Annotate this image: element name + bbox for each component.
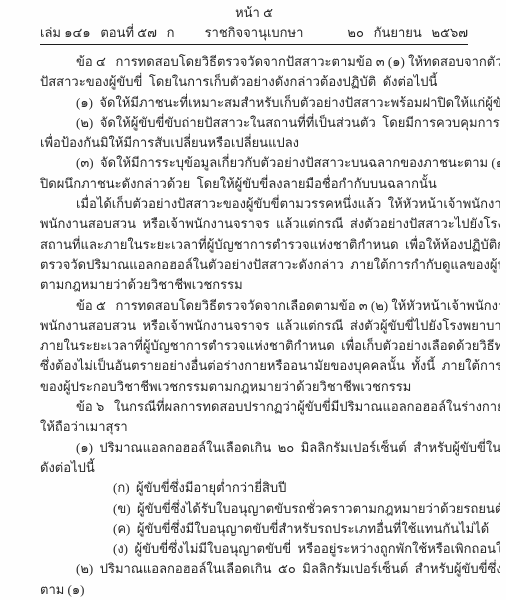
body-line: พนักงานสอบสวน หรือเจ้าพนักงานจราจร แล้วแ… bbox=[40, 214, 500, 234]
body-line: (ข) ผู้ขับขี่ซึ่งได้รับใบอนุญาตขับรถชั่ว… bbox=[40, 499, 500, 519]
body-line: (๑) จัดให้มีภาชนะที่เหมาะสมสำหรับเก็บตัว… bbox=[40, 93, 500, 113]
gazette-page: หน้า ๕ เล่ม ๑๔๑ ตอนที่ ๕๗ ก ราชกิจจานุเบ… bbox=[0, 0, 506, 600]
body-line: ให้ถือว่าเมาสุรา bbox=[40, 417, 500, 437]
body-line: ปัสสาวะของผู้ขับขี่ โดยในการเก็บตัวอย่าง… bbox=[40, 72, 500, 92]
body-line: ของผู้ประกอบวิชาชีพเวชกรรมตามกฎหมายว่าด้… bbox=[40, 377, 500, 397]
body-line: สถานที่และภายในระยะเวลาที่ผู้บัญชาการตำร… bbox=[40, 235, 500, 255]
body-line: (๒) จัดให้ผู้ขับขี่ขับถ่ายปัสสาวะในสถานท… bbox=[40, 113, 500, 133]
body-line: ข้อ ๔ การทดสอบโดยวิธีตรวจวัดจากปัสสาวะตา… bbox=[40, 52, 500, 72]
body-line: ภายในระยะเวลาที่ผู้บัญชาการตำรวจแห่งชาติ… bbox=[40, 336, 500, 356]
body-line: ซึ่งต้องไม่เป็นอันตรายอย่างอื่นต่อร่างกา… bbox=[40, 356, 500, 376]
publication-date: ๒๐ กันยายน ๒๕๖๗ bbox=[347, 24, 468, 42]
body-line: (ง) ผู้ขับขี่ซึ่งไม่มีใบอนุญาตขับขี่ หรื… bbox=[40, 539, 500, 559]
body-line: ปิดผนึกภาชนะดังกล่าวด้วย โดยให้ผู้ขับขี่… bbox=[40, 174, 500, 194]
body-line: ดังต่อไปนี้ bbox=[40, 458, 500, 478]
body-line: ข้อ ๕ การทดสอบโดยวิธีตรวจวัดจากเลือดตามข… bbox=[40, 296, 500, 316]
masthead-row: เล่ม ๑๔๑ ตอนที่ ๕๗ ก ราชกิจจานุเบกษา ๒๐ … bbox=[40, 24, 468, 42]
body-line: ตามกฎหมายว่าด้วยวิชาชีพเวชกรรม bbox=[40, 275, 500, 295]
body-line: ตรวจวัดปริมาณแอลกอฮอล์ในตัวอย่างปัสสาวะด… bbox=[40, 255, 500, 275]
page-number-label: หน้า ๕ bbox=[40, 4, 468, 21]
body-line: (ค) ผู้ขับขี่ซึ่งมีใบอนุญาตขับขี่สำหรับร… bbox=[40, 519, 500, 539]
document-body: ข้อ ๔ การทดสอบโดยวิธีตรวจวัดจากปัสสาวะตา… bbox=[40, 52, 500, 600]
header-rule bbox=[40, 44, 468, 45]
body-line: เพื่อป้องกันมิให้มีการสับเปลี่ยนหรือเปลี… bbox=[40, 133, 500, 153]
body-line: ข้อ ๖ ในกรณีที่ผลการทดสอบปรากฏว่าผู้ขับข… bbox=[40, 397, 500, 417]
body-line: พนักงานสอบสวน หรือเจ้าพนักงานจราจร แล้วแ… bbox=[40, 316, 500, 336]
body-line: (๑) ปริมาณแอลกอฮอล์ในเลือดเกิน ๒๐ มิลลิก… bbox=[40, 438, 500, 458]
body-line: (๒) ปริมาณแอลกอฮอล์ในเลือดเกิน ๕๐ มิลลิก… bbox=[40, 559, 500, 579]
body-line: เมื่อได้เก็บตัวอย่างปัสสาวะของผู้ขับขี่ต… bbox=[40, 194, 500, 214]
gazette-header: หน้า ๕ เล่ม ๑๔๑ ตอนที่ ๕๗ ก ราชกิจจานุเบ… bbox=[40, 4, 468, 53]
body-line: (๓) จัดให้มีการระบุข้อมูลเกี่ยวกับตัวอย่… bbox=[40, 153, 500, 173]
body-line: ตาม (๑) bbox=[40, 580, 500, 600]
body-line: (ก) ผู้ขับขี่ซึ่งมีอายุต่ำกว่ายี่สิบปี bbox=[40, 478, 500, 498]
